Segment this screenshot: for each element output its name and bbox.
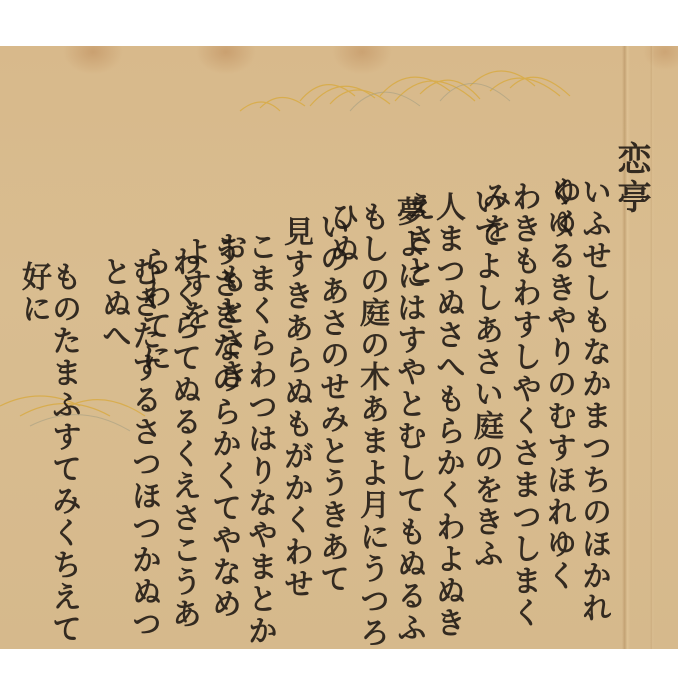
- calligraphy-paper: 恋亭 いふせしもなかまつちのほかれゆく くゆるきやりのむすほれゆく わきもわすし…: [0, 46, 678, 649]
- calligraphy-column: くゆるきやりのむすほれゆく: [543, 176, 573, 592]
- scroll-title: 恋亭: [614, 141, 648, 217]
- calligraphy-column: むさたするさつほつかぬつとぬへ: [98, 256, 158, 649]
- paper-seam: [650, 46, 654, 649]
- calligraphy-column: いのあさのせみとうきあて: [316, 211, 346, 595]
- calligraphy-column: 夢よにはすやとむしてもぬるふ: [393, 196, 423, 644]
- paper-seam: [622, 46, 630, 649]
- calligraphy-column: いてよしあさい庭のをきふ: [470, 186, 500, 570]
- calligraphy-column: ものたまふすてみくちえて好に: [18, 261, 78, 649]
- calligraphy-column: 見すきあらぬもがかくわせ: [280, 216, 310, 600]
